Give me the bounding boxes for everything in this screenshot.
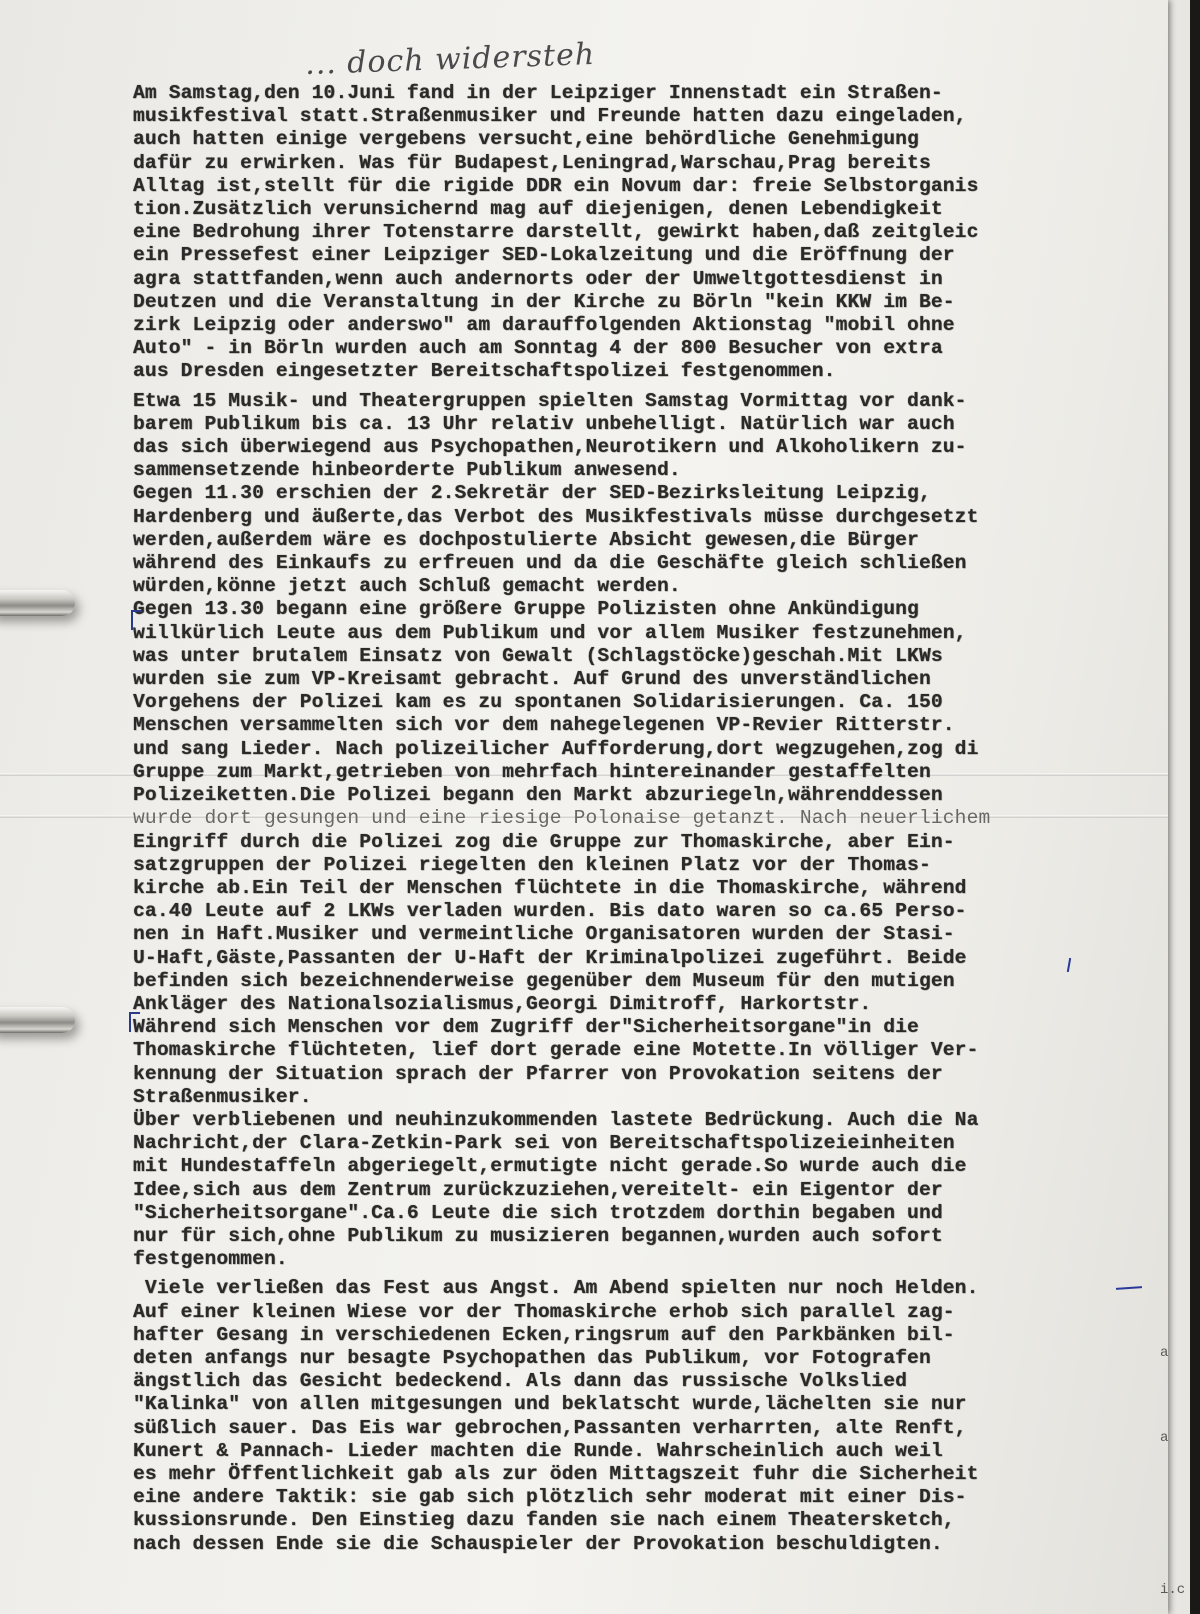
text-line: kennung der Situation sprach der Pfarrer… — [133, 1063, 1173, 1086]
text-line: zirk Leipzig oder anderswo" am darauffol… — [133, 314, 1173, 337]
text-line: Deutzen und die Veranstaltung in der Kir… — [133, 291, 1173, 314]
text-line: Ankläger des Nationalsozialismus,Georgi … — [133, 993, 1173, 1016]
text-line: Hardenberg und äußerte,das Verbot des Mu… — [133, 506, 1173, 529]
text-line: Am Samstag,den 10.Juni fand in der Leipz… — [133, 82, 1173, 105]
text-line: Kunert & Pannach- Lieder machten die Run… — [133, 1440, 1173, 1463]
text-line: mit Hundestaffeln abgeriegelt,ermutigte … — [133, 1155, 1173, 1178]
text-line: kirche ab.Ein Teil der Menschen flüchtet… — [133, 877, 1173, 900]
text-line: deten anfangs nur besagte Psychopathen d… — [133, 1347, 1173, 1370]
text-line: Menschen versammelten sich vor dem naheg… — [133, 714, 1173, 737]
text-line: wurden sie zum VP-Kreisamt gebracht. Auf… — [133, 668, 1173, 691]
binder-ring-icon — [0, 590, 75, 616]
text-line: nach dessen Ende sie die Schauspieler de… — [133, 1533, 1173, 1556]
binder-ring-icon — [0, 1007, 75, 1033]
text-line: nur für sich,ohne Publikum zu musizieren… — [133, 1225, 1173, 1248]
text-line: Gruppe zum Markt,getrieben von mehrfach … — [133, 761, 1173, 784]
text-line: kussionsrunde. Den Einstieg dazu fanden … — [133, 1509, 1173, 1532]
text-line: eine Bedrohung ihrer Totenstarre darstel… — [133, 221, 1173, 244]
text-line: ängstlich das Gesicht bedeckend. Als dan… — [133, 1370, 1173, 1393]
text-line: Etwa 15 Musik- und Theatergruppen spielt… — [133, 390, 1173, 413]
text-line: Nachricht,der Clara-Zetkin-Park sei von … — [133, 1132, 1173, 1155]
text-line: Während sich Menschen vor dem Zugriff de… — [133, 1016, 1173, 1039]
text-line: würden,könne jetzt auch Schluß gemacht w… — [133, 575, 1173, 598]
text-line: eine andere Taktik: sie gab sich plötzli… — [133, 1486, 1173, 1509]
text-line: Idee,sich aus dem Zentrum zurückzuziehen… — [133, 1179, 1173, 1202]
text-line: Polizeiketten.Die Polizei begann den Mar… — [133, 784, 1173, 807]
typed-text-body: Am Samstag,den 10.Juni fand in der Leipz… — [133, 82, 1173, 1556]
text-line: während des Einkaufs zu erfreuen und da … — [133, 552, 1173, 575]
text-line: Thomaskirche flüchteten, lief dort gerad… — [133, 1039, 1173, 1062]
text-line: das sich überwiegend aus Psychopathen,Ne… — [133, 436, 1173, 459]
text-line: nen in Haft.Musiker und vermeintliche Or… — [133, 923, 1173, 946]
blue-margin-bracket-icon — [131, 610, 142, 630]
text-line: aus Dresden eingesetzter Bereitschaftspo… — [133, 360, 1173, 383]
text-line: wurde dort gesungen und eine riesige Pol… — [133, 807, 1173, 830]
text-line: ca.40 Leute auf 2 LKWs verladen wurden. … — [133, 900, 1173, 923]
text-line: Auto" - in Börln wurden auch am Sonntag … — [133, 337, 1173, 360]
text-line: und sang Lieder. Nach polizeilicher Auff… — [133, 738, 1173, 761]
text-line: hafter Gesang in verschiedenen Ecken,rin… — [133, 1324, 1173, 1347]
edge-fragment: i.c — [1160, 1582, 1185, 1598]
blue-margin-bracket-icon — [129, 1012, 140, 1032]
text-line: barem Publikum bis ca. 13 Uhr relativ un… — [133, 413, 1173, 436]
text-line: Über verbliebenen und neuhinzukommenden … — [133, 1109, 1173, 1132]
text-line: befinden sich bezeichnenderweise gegenüb… — [133, 970, 1173, 993]
text-line: auch hatten einige vergebens versucht,ei… — [133, 128, 1173, 151]
text-line: Auf einer kleinen Wiese vor der Thomaski… — [133, 1301, 1173, 1324]
typewritten-page: ... doch widersteh Am Samstag,den 10.Jun… — [0, 0, 1168, 1614]
text-line: Gegen 11.30 erschien der 2.Sekretär der … — [133, 482, 1173, 505]
text-line: satzgruppen der Polizei riegelten den kl… — [133, 854, 1173, 877]
text-line: werden,außerdem wäre es dochpostulierte … — [133, 529, 1173, 552]
text-line: sammensetzende hinbeorderte Publikum anw… — [133, 459, 1173, 482]
text-line: tion.Zusätzlich verunsichernd mag auf di… — [133, 198, 1173, 221]
text-line: festgenommen. — [133, 1248, 1173, 1271]
text-line: agra stattfanden,wenn auch andernorts od… — [133, 268, 1173, 291]
text-line: Straßenmusiker. — [133, 1086, 1173, 1109]
text-line: musikfestival statt.Straßenmusiker und F… — [133, 105, 1173, 128]
text-line: dafür zu erwirken. Was für Budapest,Leni… — [133, 152, 1173, 175]
text-line: U-Haft,Gäste,Passanten der U-Haft der Kr… — [133, 947, 1173, 970]
text-line: Viele verließen das Fest aus Angst. Am A… — [133, 1277, 1173, 1300]
text-line: es mehr Öffentlichkeit gab als zur öden … — [133, 1463, 1173, 1486]
text-line: Vorgehens der Polizei kam es zu spontane… — [133, 691, 1173, 714]
text-line: "Sicherheitsorgane".Ca.6 Leute die sich … — [133, 1202, 1173, 1225]
text-line: süßlich sauer. Das Eis war gebrochen,Pas… — [133, 1417, 1173, 1440]
text-line: willkürlich Leute aus dem Publikum und v… — [133, 622, 1173, 645]
text-line: ein Pressefest einer Leipziger SED-Lokal… — [133, 244, 1173, 267]
text-line: "Kalinka" von allen mitgesungen und bekl… — [133, 1393, 1173, 1416]
text-line: was unter brutalem Einsatz von Gewalt (S… — [133, 645, 1173, 668]
handwritten-note: ... doch widersteh — [304, 37, 595, 82]
text-line: Eingriff durch die Polizei zog die Grupp… — [133, 831, 1173, 854]
edge-fragment: a — [1160, 1345, 1168, 1361]
edge-fragment: a — [1160, 1430, 1168, 1446]
text-line: Gegen 13.30 begann eine größere Gruppe P… — [133, 598, 1173, 621]
text-line: Alltag ist,stellt für die rigide DDR ein… — [133, 175, 1173, 198]
